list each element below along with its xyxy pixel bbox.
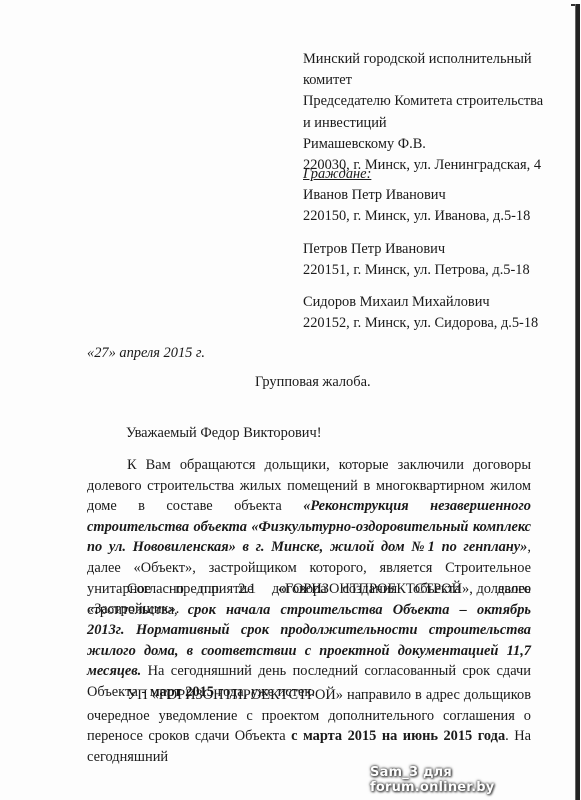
letter-greeting: Уважаемый Федор Викторович! [126,425,322,442]
recipient-line: Римашевскому Ф.В. [303,134,543,155]
recipient-line: комитет [303,70,543,91]
recipient-line: Минский городской исполнительный [303,49,543,70]
forum-watermark: Sam_3 для forum.onliner.by [370,765,581,795]
senders-block: Граждане: Иванов Петр Иванович 220150, г… [303,164,538,345]
sender-entry: Петров Петр Иванович 220151, г. Минск, у… [303,239,538,281]
sender-address: 220150, г. Минск, ул. Иванова, д.5-18 [303,206,538,227]
sender-entry: Иванов Петр Иванович 220150, г. Минск, у… [303,185,538,227]
date-shift-emphasis: с марта 2015 на июнь 2015 года [291,728,505,744]
senders-header: Граждане: [303,164,538,185]
recipient-line: Председателю Комитета строительства [303,91,543,112]
letter-date: «27» апреля 2015 г. [87,345,205,362]
page-edge-border [575,4,580,800]
recipient-line: и инвестиций [303,113,543,134]
sender-name: Петров Петр Иванович [303,239,538,260]
sender-address: 220151, г. Минск, ул. Петрова, д.5-18 [303,260,538,281]
sender-entry: Сидоров Михаил Михайлович 220152, г. Мин… [303,292,538,334]
document-page: Минский городской исполнительный комитет… [0,0,581,800]
sender-name: Сидоров Михаил Михайлович [303,292,538,313]
paragraph-3: УП «ГОРИЗОНТПРОЕКТСТРОЙ» направило в адр… [87,685,531,767]
sender-name: Иванов Петр Иванович [303,185,538,206]
recipient-block: Минский городской исполнительный комитет… [303,49,543,176]
letter-title: Групповая жалоба. [255,374,371,391]
sender-address: 220152, г. Минск, ул. Сидорова, д.5-18 [303,313,538,334]
